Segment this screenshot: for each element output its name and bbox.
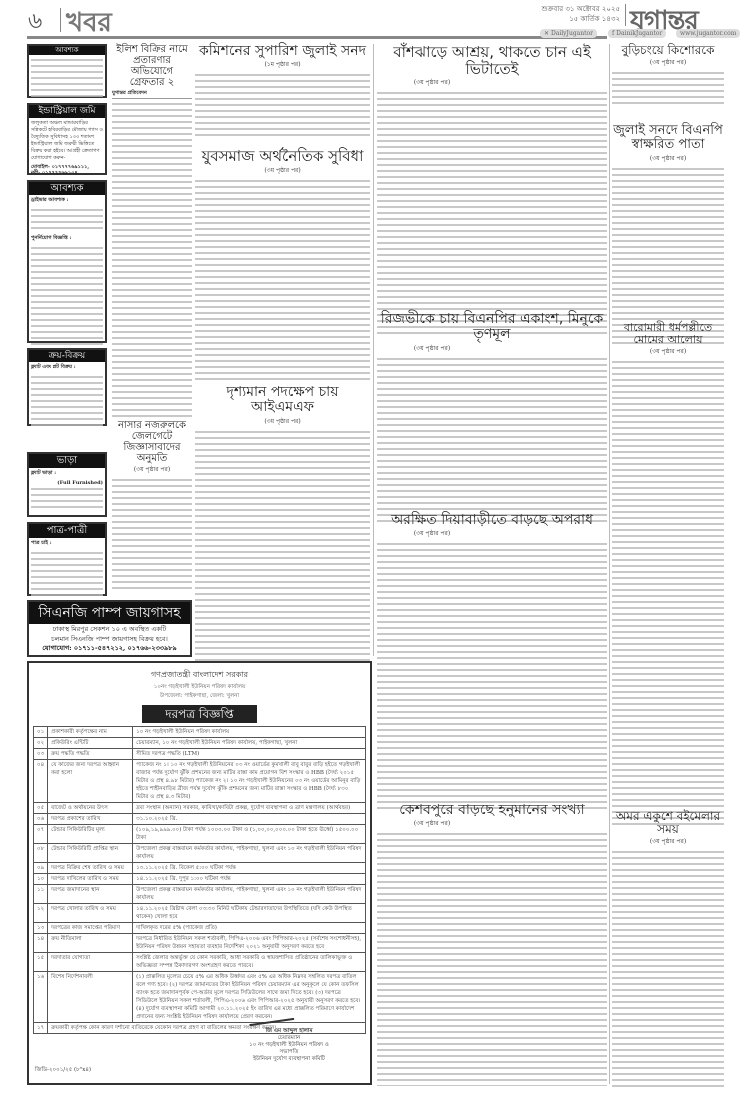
tender-row-value: ১৩.১১.২০২৫ খ্রি. বিকেল ৫:০০ ঘটিকা পর্যন্… [133, 863, 366, 874]
classified-top-title: আবশ্যক [29, 46, 105, 55]
tender-row-number: ১২ [34, 904, 48, 923]
tender-row-number: ০৫ [34, 803, 48, 814]
groom-wanted-heading: পাত্র চাই : [29, 538, 105, 550]
tender-row-number: ০৯ [34, 863, 48, 874]
article-crime: অরক্ষিত দিয়াবাড়ীতে বাড়ছে অপরাধ (৩য় প… [377, 513, 607, 811]
tender-row: ১০দরপত্র দাখিলের তারিখ ও সময়১৪.১১.২০২৫ … [34, 874, 366, 885]
tender-row-key: দরপত্রের কাজ সমাপ্তের পরিমাণ [48, 923, 133, 934]
flat-rent-heading: ফ্ল্যাট ভাড়া : [29, 468, 105, 480]
tender-row: ০৬দরপত্র প্রকাশের তারিখ৩১.১০.২০২৫ খ্রি. [34, 814, 366, 825]
article-youth: যুবসমাজ অর্থনৈতিক সুবিধা (৩য় পৃষ্ঠার পর… [195, 148, 370, 383]
tender-row-value: ১৪.১১.২০২৫ খ্রিষ্টাব্দ বেলা ০৩:৩০ মিনিট … [133, 904, 366, 923]
tender-row: ১৩দরপত্রের কাজ সমাপ্তের পরিমাণদাখিলকৃত দ… [34, 923, 366, 934]
cng-ad-title: সিএনজি পাম্প জায়গাসহ বিক্রয় [29, 602, 190, 624]
tender-gov: গণপ্রজাতন্ত্রী বাংলাদেশ সরকার [29, 669, 370, 682]
tender-title: দরপত্র বিজ্ঞপ্তি [142, 705, 257, 723]
hilsa-headline: ইলিশ বিক্রির নামে প্রতারণার অভিযোগে গ্রে… [112, 44, 192, 88]
signer-block: জি এম আব্দুল হালাম চেয়ারম্যান ১০ নং গড়… [219, 1028, 359, 1063]
bamboo-byline: (৩য় পৃষ্ঠার পর) [377, 77, 487, 88]
tender-row-value: সংশ্লিষ্ট জেলার অন্তর্ভুক্ত যে কোন সরকার… [133, 953, 366, 972]
tender-row-key: দরদাতার যোগ্যতা [48, 953, 133, 972]
header-divider [60, 8, 61, 32]
tender-row-number: ০১ [34, 727, 48, 738]
tender-row: ০১প্রকাশকারী কর্তৃপক্ষের নাম১০ নং গড়ইখা… [34, 727, 366, 738]
tender-row: ০৮টেন্ডার সিকিউরিটি প্রাপ্তির স্থানউপজেল… [34, 844, 366, 863]
tender-row-number: ০৭ [34, 825, 48, 844]
commission-headline: কমিশনের সুপারিশ জুলাই সনদ [195, 44, 370, 59]
wanted-title: আবশ্যক [29, 182, 105, 195]
tender-row-key: বিশেষ নির্দেশনাবলী [48, 972, 133, 1023]
tender-row-number: ১৫ [34, 953, 48, 972]
nasa-headline: নাসার নজরুলকে জেলগেটে জিজ্ঞাসাবাদের অনুম… [112, 420, 192, 464]
header-rule [27, 36, 607, 39]
hilsa-byline: যুগান্তর প্রতিবেদন [112, 90, 192, 99]
facebook-handle[interactable]: f DainikJugantor [608, 29, 666, 38]
article-candle: বারোমারী ধর্মপল্লীতে মোমের আলোয় (৩য় পৃ… [612, 322, 724, 829]
tender-row-value: (১০৯,১৯,৯৯৯.০০) টাকা পর্যন্ত ১০০০.০০ টাক… [133, 825, 366, 844]
youth-headline: যুবসমাজ অর্থনৈতিক সুবিধা [195, 148, 370, 165]
tender-row-key: ক্রয় নীতিমালা [48, 934, 133, 953]
signer-role-3: সভাপতি [219, 1049, 359, 1056]
tender-row-key: দরপত্র বিক্রির শেষ তারিখ ও সময় [48, 863, 133, 874]
tender-row-number: ১১ [34, 885, 48, 904]
crime-byline: (৩য় পৃষ্ঠার পর) [377, 528, 487, 539]
date-gregorian: শুক্রবার ৩১ অক্টোবর ২০২৫ [540, 4, 620, 14]
article-july-bnp: জুলাই সনদে বিএনপি স্বাক্ষরিত পাতা (৩য় প… [612, 124, 724, 344]
teen-headline: বুড়িচংয়ে কিশোরকে [612, 44, 724, 57]
tender-row-value: প্যাকেজ নং ১। ১০ নং গড়ইখালী ইউনিয়নের ০… [133, 760, 366, 803]
tender-row: ০৭টেন্ডার সিকিউরিটির মূল্য(১০৯,১৯,৯৯৯.০০… [34, 825, 366, 844]
tender-row-number: ০৪ [34, 760, 48, 803]
tender-row-value: ১০ নং গড়ইখালী ইউনিয়ন পরিষদ কার্যালয় [133, 727, 366, 738]
youth-byline: (৩য় পৃষ্ঠার পর) [195, 165, 370, 176]
tender-row-key: প্রকাশকারী কর্তৃপক্ষের নাম [48, 727, 133, 738]
x-icon: ✕ [544, 30, 551, 37]
industrial-land-title: ইন্ডাস্ট্রিয়াল জমি বিক্রয় [29, 105, 105, 118]
wanted-box: আবশ্যক ড্রাইভার আবশ্যক : পুনর্নিয়োগ বিজ… [27, 180, 107, 343]
crime-headline: অরক্ষিত দিয়াবাড়ীতে বাড়ছে অপরাধ [377, 513, 607, 528]
flat-plot-heading: ফ্ল্যাট এবং প্লট বিক্রয় : [29, 362, 105, 374]
article-rizvi: রিজভীকে চায় বিএনপির একাংশ, মিনুকে তৃণমূ… [377, 312, 607, 526]
tender-row-value: ১৪.১১.২০২৫ খ্রি. দুপুর ১:০০ ঘটিকা পর্যন্… [133, 874, 366, 885]
tender-row-number: ০৬ [34, 814, 48, 825]
article-nasa: নাসার নজরুলকে জেলগেটে জিজ্ঞাসাবাদের অনুম… [112, 420, 192, 592]
tender-row: ১৪ক্রয় নীতিমালাদরপত্রে নির্ধারিত ইউনিয়… [34, 934, 366, 953]
tender-row-value: ৩১.১০.২০২৫ খ্রি. [133, 814, 366, 825]
tender-row-key: দরপত্র জমাদানের স্থান [48, 885, 133, 904]
tender-row-key: দরপত্র খোলার তারিখ ও সময় [48, 904, 133, 923]
tender-row-key: দরপত্র দাখিলের তারিখ ও সময় [48, 874, 133, 885]
commission-byline: (১ম পৃষ্ঠার পর) [195, 59, 370, 70]
classified-top-box: আবশ্যক [27, 44, 107, 98]
tender-table-wrap: ০১প্রকাশকারী কর্তৃপক্ষের নাম১০ নং গড়ইখা… [29, 726, 370, 1034]
industrial-land-ad: ইন্ডাস্ট্রিয়াল জমি বিক্রয় জলুকতা অঞ্চল… [27, 103, 107, 175]
tender-row-key: বাজেট ও অর্থায়নের উৎস [48, 803, 133, 814]
tender-row: ১৫দরদাতার যোগ্যতাসংশ্লিষ্ট জেলার অন্তর্ভ… [34, 953, 366, 972]
article-teen: বুড়িচংয়ে কিশোরকে (৩য় পৃষ্ঠার পর) [612, 44, 724, 108]
tender-office: ১০নং গড়ইখালী ইউনিয়ন পরিষদ কার্যালয় [29, 684, 370, 692]
tender-row: ০২প্রকিউরিং এন্টিটিচেয়ারম্যান, ১০ নং গড… [34, 738, 366, 749]
twitter-handle[interactable]: ✕ DailyJugantor [540, 29, 597, 38]
tender-row-number: ১৭ [34, 1023, 48, 1034]
matrimony-box: পাত্র-পাত্রী পাত্র চাই : [27, 522, 107, 596]
tender-row-value: উপজেলা প্রকল্প বাস্তবায়ন কর্মকর্তার কার… [133, 844, 366, 863]
cng-ad-line1: ঢাকাস্থ মিরপুর সেকশন ১০ এ অবস্থিত একটি [29, 624, 190, 635]
matrimony-title: পাত্র-পাত্রী [29, 524, 105, 538]
buy-sell-box: ক্রয়-বিক্রয় ফ্ল্যাট এবং প্লট বিক্রয় : [27, 348, 107, 426]
date-block: শুক্রবার ৩১ অক্টোবর ২০২৫ ১৫ কার্তিক ১৪৩২ [540, 4, 620, 24]
cng-ad-contact: যোগাযোগ: ০১৭১১-৫৪৭২১২, ০১৭৬৬-২৩৩৯৮৯ [29, 644, 190, 653]
tender-notice: গণপ্রজাতন্ত্রী বাংলাদেশ সরকার ১০নং গড়ইখ… [27, 661, 372, 1085]
article-imf: দৃশ্যমান পদক্ষেপ চায় আইএমএফ (৩য় পৃষ্ঠা… [195, 385, 370, 679]
monkey-headline: কেশবপুরে বাড়ছে হনুমানের সংখ্যা [377, 803, 607, 818]
tender-row-number: ০২ [34, 738, 48, 749]
bookfair-byline: (৩য় পৃষ্ঠার পর) [612, 836, 724, 847]
tender-ref: জিডি-২০০১/২৫ (৮"x৪) [35, 1067, 91, 1075]
rent-box: ভাড়া ফ্ল্যাট ভাড়া : (Full Furnished) [27, 452, 107, 517]
tender-row: ১৬বিশেষ নির্দেশনাবলী(১) প্রাক্কলিত মূল্য… [34, 972, 366, 1023]
candle-headline: বারোমারী ধর্মপল্লীতে মোমের আলোয় [612, 322, 724, 346]
tender-row-key: যে কাজের জন্য দরপত্র আহ্বান করা হলো [48, 760, 133, 803]
logo-divider [625, 4, 626, 26]
tender-row: ১২দরপত্র খোলার তারিখ ও সময়১৪.১১.২০২৫ খ্… [34, 904, 366, 923]
tender-row: ১১দরপত্র জমাদানের স্থানউপজেলা প্রকল্প বা… [34, 885, 366, 904]
imf-byline: (৩য় পৃষ্ঠার পর) [195, 416, 370, 427]
website-link[interactable]: www.jugantor.com [676, 29, 740, 38]
tender-row-value: চেয়ারম্যান, ১০ নং গড়ইখালী ইউনিয়ন পরিষ… [133, 738, 366, 749]
buy-sell-title: ক্রয়-বিক্রয় [29, 350, 105, 362]
industrial-land-body: জলুকতা অঞ্চল মান্ডারবাড়ির সন্নিকটে হবির… [29, 118, 105, 164]
tender-row-number: ১৩ [34, 923, 48, 934]
signer-role-1: চেয়ারম্যান [219, 1035, 359, 1042]
bookfair-headline: অমর একুশে বইমেলার সময় [612, 810, 724, 836]
tender-row-number: ০৮ [34, 844, 48, 863]
tender-row-number: ০৩ [34, 749, 48, 760]
section-title: খবর [66, 2, 112, 46]
rizvi-byline: (৩য় পৃষ্ঠার পর) [377, 343, 487, 354]
tender-row-value: (১) প্রাক্কলিত মূল্যের চেয়ে ৫% এর অধিক … [133, 972, 366, 1023]
candle-byline: (৩য় পৃষ্ঠার পর) [612, 346, 724, 357]
tender-row-value: দাখিলকৃত দরের ৫% (প্যাকেজ প্রতি) [133, 923, 366, 934]
driver-wanted-heading: ড্রাইভার আবশ্যক : [29, 195, 105, 207]
date-bangla: ১৫ কার্তিক ১৪৩২ [540, 14, 620, 24]
bamboo-headline: বাঁশঝাড়ে আশ্রয়, থাকতে চান এই ভিটাতেই [377, 44, 607, 77]
tender-row-value: দরপত্রে নির্ধারিত ইউনিয়ন সকল শর্তাবলী, … [133, 934, 366, 953]
teen-byline: (৩য় পৃষ্ঠার পর) [612, 57, 724, 68]
rizvi-headline: রিজভীকে চায় বিএনপির একাংশ, মিনুকে তৃণমূ… [377, 312, 607, 343]
imf-headline: দৃশ্যমান পদক্ষেপ চায় আইএমএফ [195, 385, 370, 416]
industrial-phone-2: নবী- ০১৭৭৭৭৬৯১০৪ [29, 170, 105, 176]
tender-row-key: প্রকিউরিং এন্টিটি [48, 738, 133, 749]
article-commission: কমিশনের সুপারিশ জুলাই সনদ (১ম পৃষ্ঠার পর… [195, 44, 370, 137]
tender-table: ০১প্রকাশকারী কর্তৃপক্ষের নাম১০ নং গড়ইখা… [33, 726, 366, 1034]
july-bnp-byline: (৩য় পৃষ্ঠার পর) [612, 153, 724, 164]
tender-row-key: টেন্ডার সিকিউরিটি প্রাপ্তির স্থান [48, 844, 133, 863]
rent-title: ভাড়া [29, 454, 105, 468]
tender-row-number: ১০ [34, 874, 48, 885]
tender-row-key: দরপত্র প্রকাশের তারিখ [48, 814, 133, 825]
tender-row-value: উপজেলা প্রকল্প বাস্তবায়ন কর্মকর্তার কার… [133, 885, 366, 904]
tender-row-number: ১৪ [34, 934, 48, 953]
tender-location: উপজেলা: পাইকগাছা, জেলা: খুলনা [29, 693, 370, 701]
signer-role-2: ১০ নং গড়ইখালী ইউনিয়ন পরিষদ ও [219, 1042, 359, 1049]
article-bookfair: অমর একুশে বইমেলার সময় (৩য় পৃষ্ঠার পর) [612, 810, 724, 1089]
signer-role-4: ইউনিয়ন দুর্যোগ ব্যবস্থাপনা কমিটি [219, 1056, 359, 1063]
signer-name: জি এম আব্দুল হালাম [219, 1028, 359, 1035]
tender-row: ০৪যে কাজের জন্য দরপত্র আহ্বান করা হলোপ্য… [34, 760, 366, 803]
monkey-byline: (৩য় পৃষ্ঠার পর) [377, 818, 487, 829]
tender-row-key: ক্রয় পদ্ধতি পদ্ধতি [48, 749, 133, 760]
tender-row: ০৯দরপত্র বিক্রির শেষ তারিখ ও সময়১৩.১১.২… [34, 863, 366, 874]
tender-row-key: টেন্ডার সিকিউরিটির মূল্য [48, 825, 133, 844]
tender-row: ০৫বাজেট ও অর্থায়নের উৎসদ্রব্য সংস্থান (… [34, 803, 366, 814]
reappointment-heading: পুনর্নিয়োগ বিজ্ঞপ্তি : [29, 233, 105, 245]
cng-ad-line2: চলমান সিএনজি পাম্প জায়গাসহ বিক্রয় হবে। [29, 635, 190, 644]
article-monkey: কেশবপুরে বাড়ছে হনুমানের সংখ্যা (৩য় পৃষ… [377, 803, 607, 1086]
july-bnp-headline: জুলাই সনদে বিএনপি স্বাক্ষরিত পাতা [612, 124, 724, 153]
article-bamboo: বাঁশঝাড়ে আশ্রয়, থাকতে চান এই ভিটাতেই (… [377, 44, 607, 335]
tender-row: ০৩ক্রয় পদ্ধতি পদ্ধতিসীমিত দরপত্র পদ্ধতি… [34, 749, 366, 760]
tender-row-value: সীমিত দরপত্র পদ্ধতি (LTM) [133, 749, 366, 760]
tender-row-number: ১৬ [34, 972, 48, 1023]
nasa-byline: (৩য় পৃষ্ঠার পর) [112, 464, 192, 475]
tender-row-value: দ্রব্য সংস্থান (অন্যান) সরকার, কাবিখা/কা… [133, 803, 366, 814]
cng-pump-ad: সিএনজি পাম্প জায়গাসহ বিক্রয় ঢাকাস্থ মি… [27, 600, 192, 657]
